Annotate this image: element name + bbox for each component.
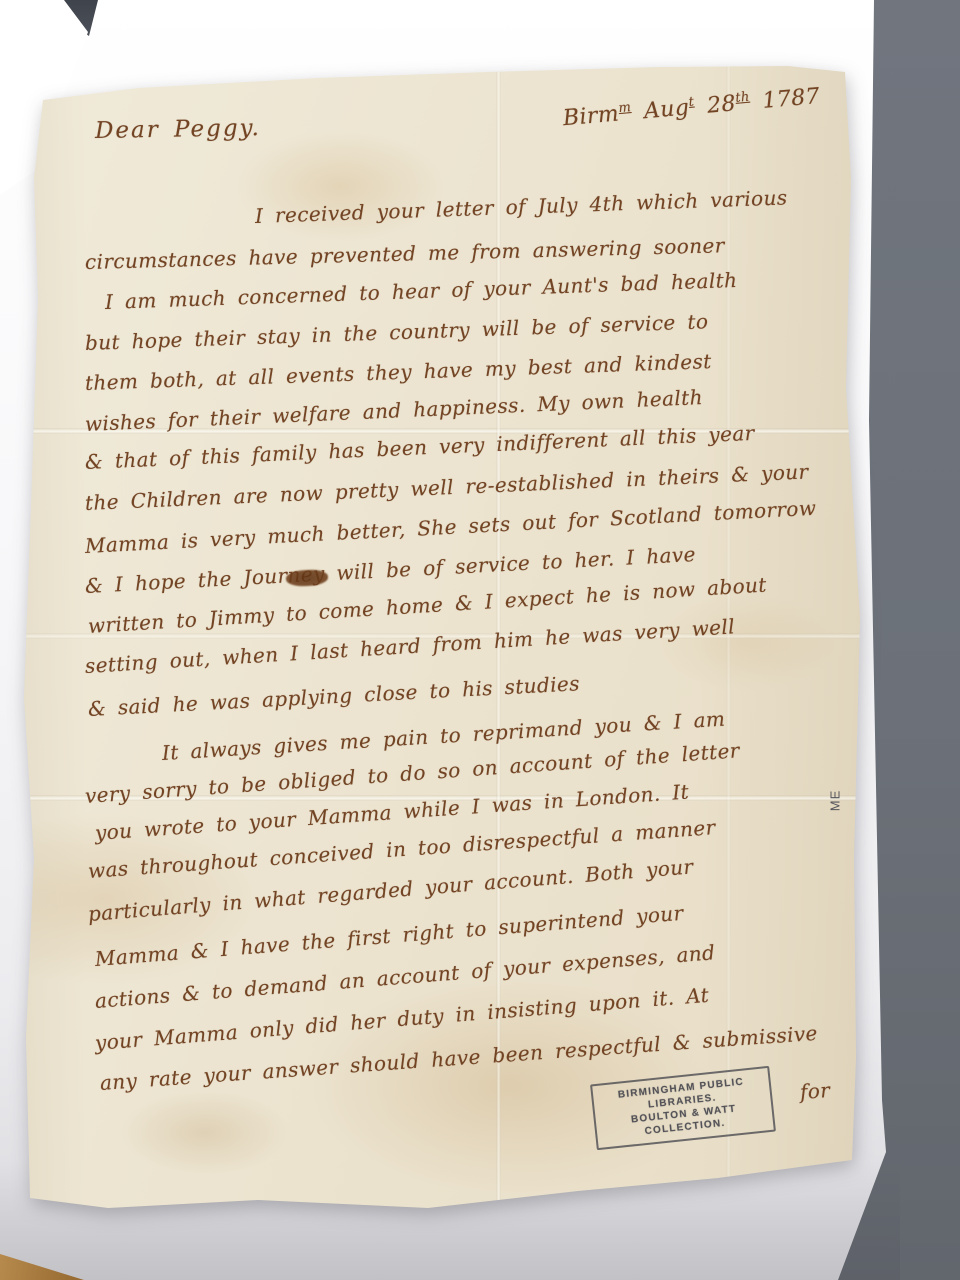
pencil-note: ME bbox=[827, 790, 842, 812]
handwritten-line: but hope their stay in the country will … bbox=[85, 309, 709, 355]
handwritten-line: I am much concerned to hear of your Aunt… bbox=[105, 268, 738, 314]
salutation: Dear Peggy. bbox=[95, 115, 261, 144]
handwritten-line: & said he was applying close to his stud… bbox=[87, 671, 580, 721]
dateline-place-sup: m bbox=[618, 100, 632, 116]
library-stamp: BIRMINGHAM PUBLIC LIBRARIES. BOULTON & W… bbox=[590, 1066, 776, 1150]
photograph-of-letter: Dear Peggy. Birmm Augt 28th 1787 I recei… bbox=[0, 0, 960, 1280]
dateline-month: Aug bbox=[643, 95, 690, 124]
dateline: Birmm Augt 28th 1787 bbox=[562, 84, 821, 132]
dateline-year: 1787 bbox=[761, 84, 821, 114]
dateline-day: 28 bbox=[706, 91, 737, 118]
letter-wrapper: Dear Peggy. Birmm Augt 28th 1787 I recei… bbox=[18, 58, 866, 1226]
dateline-month-sup: t bbox=[688, 95, 695, 110]
handwritten-line: circumstances have prevented me from ans… bbox=[85, 233, 725, 274]
dateline-place: Birm bbox=[562, 101, 620, 131]
handwritten-line: I received your letter of July 4th which… bbox=[255, 185, 788, 228]
page-end-word: for bbox=[799, 1078, 831, 1104]
dateline-day-sup: th bbox=[735, 90, 751, 106]
letter-paper: Dear Peggy. Birmm Augt 28th 1787 I recei… bbox=[18, 58, 866, 1226]
